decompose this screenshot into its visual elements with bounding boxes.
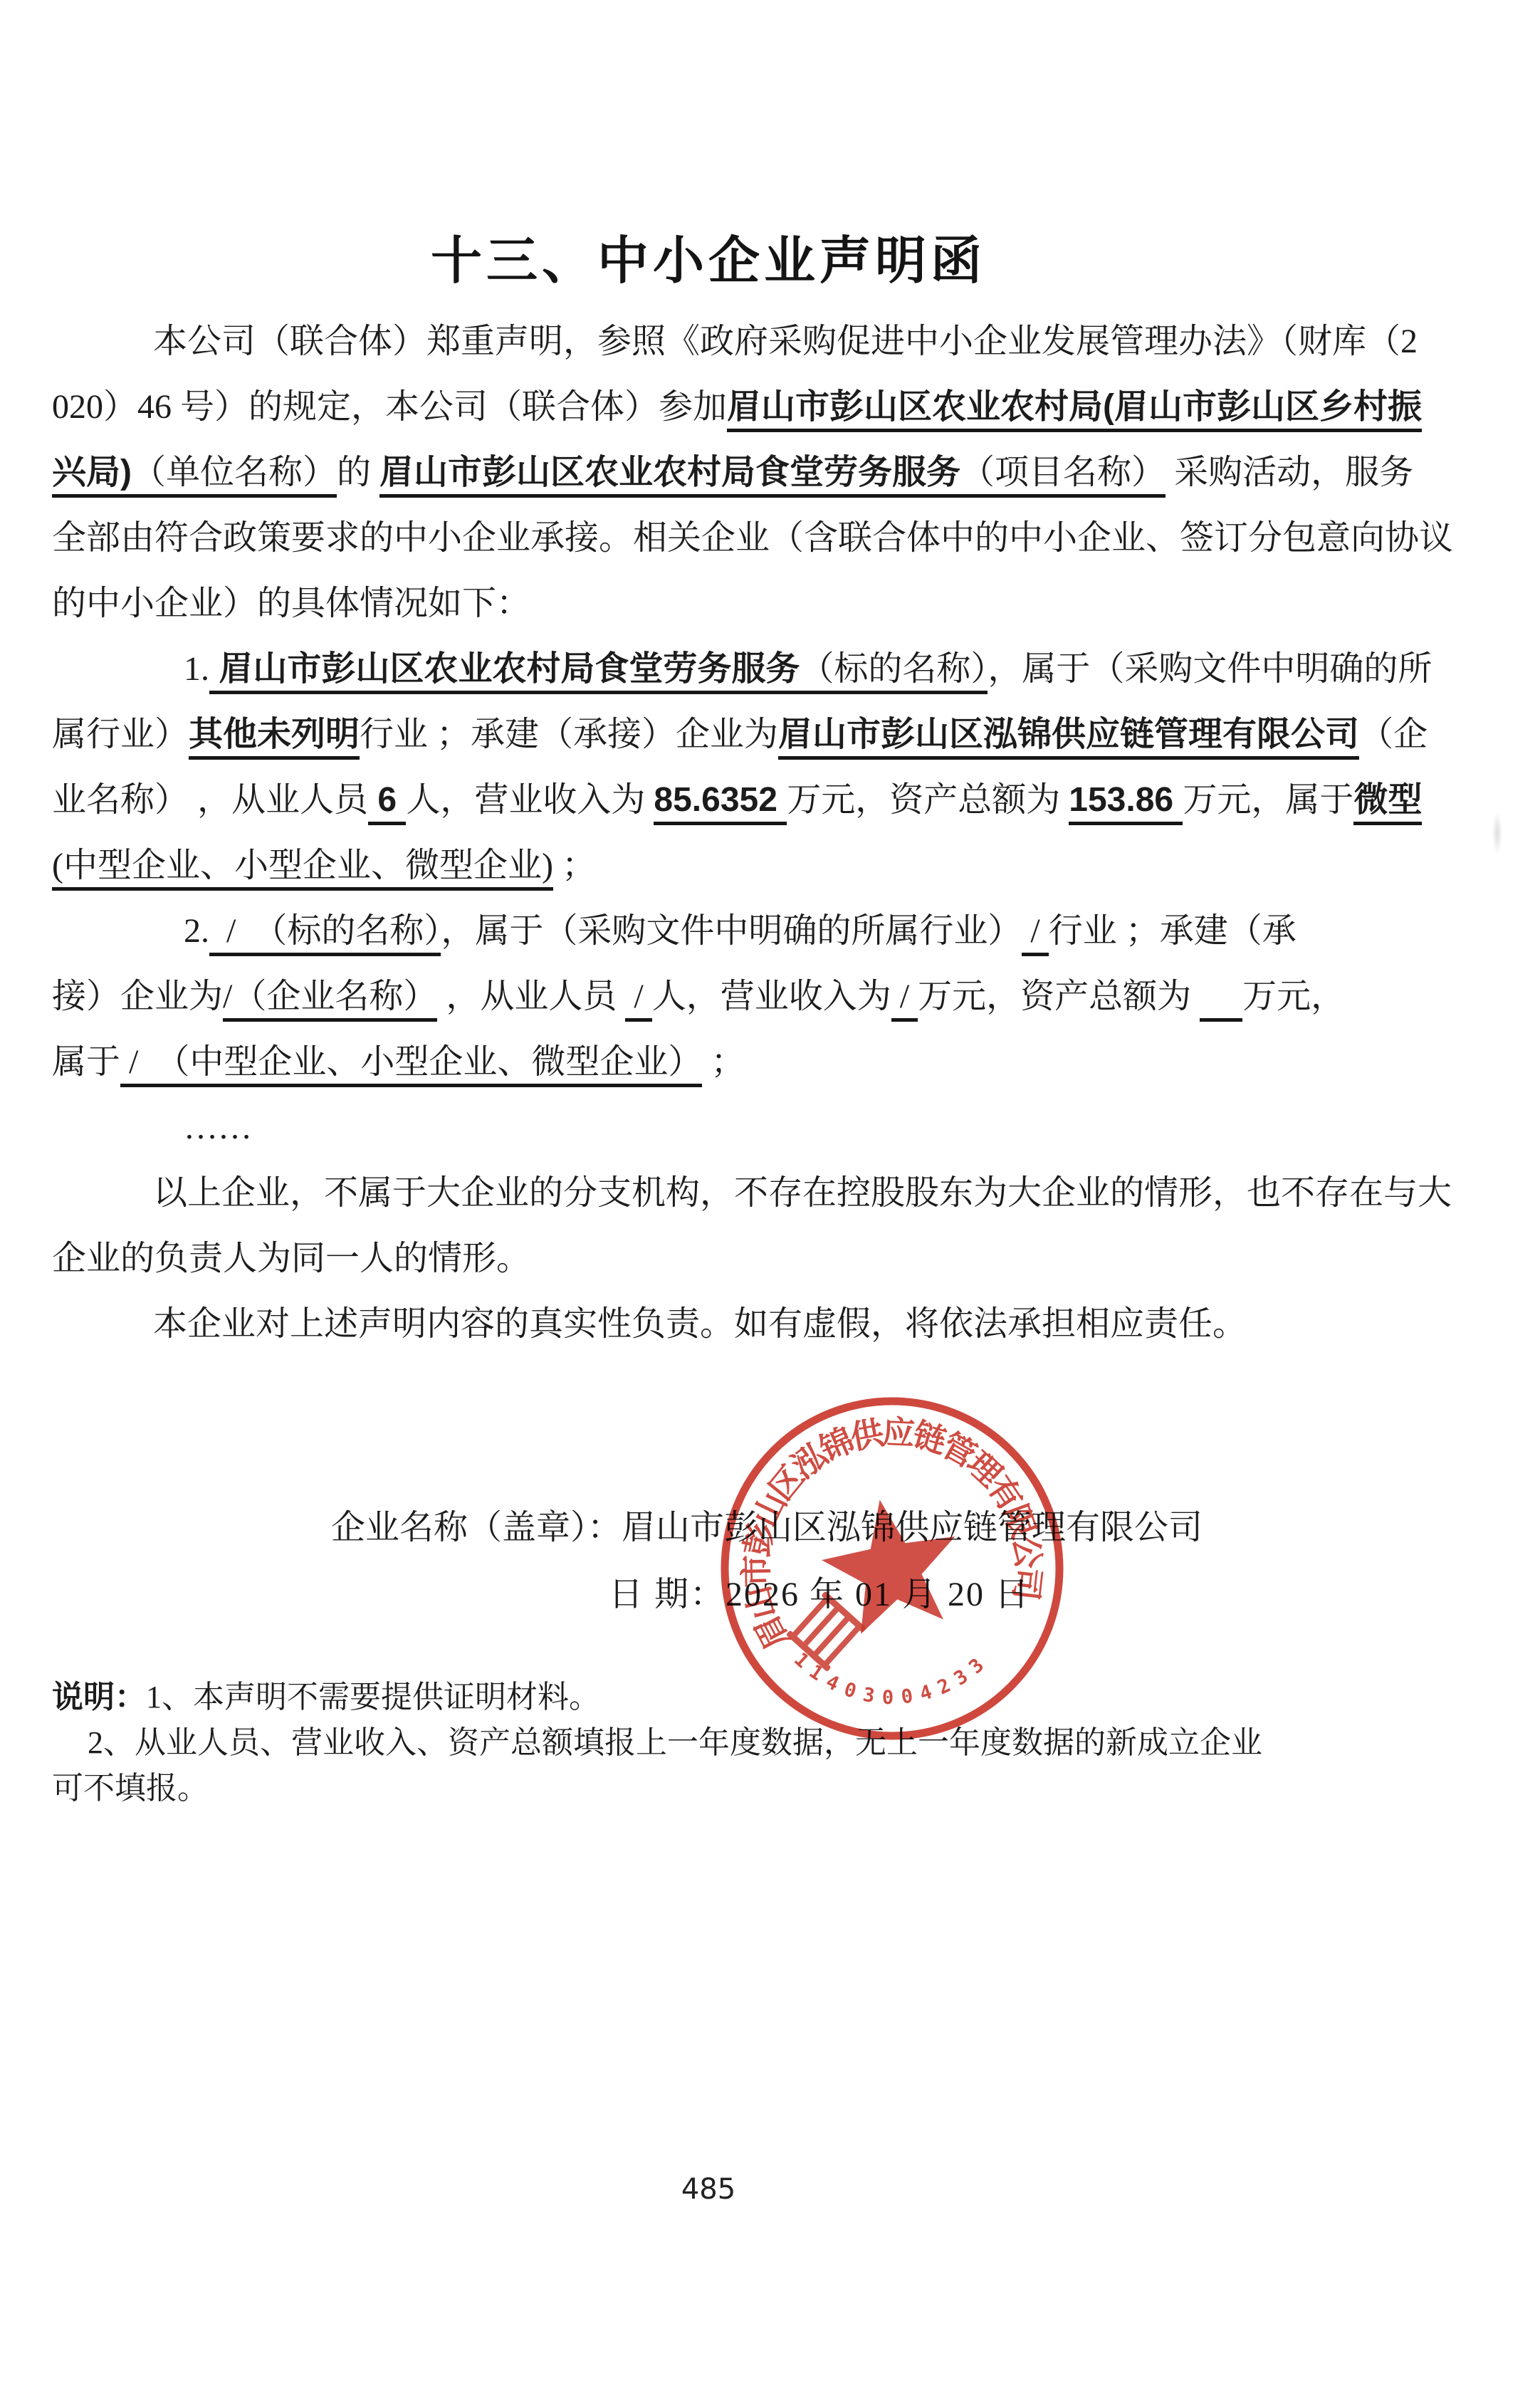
body-text-run: 全部由符合政策要求的中小企业承接。相关企业（含联合体中的中小企业、签订分包意向协…	[52, 519, 1453, 557]
note-text: 2、从业人员、营业收入、资产总额填报上一年度数据，无上一年度数据的新成立企业	[88, 1725, 1262, 1760]
body-text-run: 行业 ；承建（承	[1049, 912, 1297, 950]
page-title: 十三、中小企业声明函	[0, 219, 1417, 293]
body-text-run: ，属于（采购文件中明确的所属行业）	[441, 912, 1022, 950]
body-text-run: 人，营业收入为	[406, 781, 654, 819]
field-caption-subject-name: （标的名称）	[253, 912, 441, 956]
note-text: 1、本声明不需要提供证明材料。	[146, 1680, 600, 1714]
item1-line4: (中型企业、小型企业、微型企业) ；	[52, 833, 1490, 899]
body-text-run: 属行业）	[52, 716, 189, 753]
filled-field-subject-name: 眉山市彭山区农业农村局食堂劳务服务	[209, 650, 800, 694]
body-text-run: 采购活动，服务	[1166, 454, 1413, 491]
body-text-run: 万元，	[1242, 978, 1345, 1015]
item1-number: 1.	[184, 650, 209, 688]
blank-field-employees: /	[625, 978, 651, 1022]
blank-field-assets	[1200, 978, 1242, 1022]
item1-line3: 业名称） ，从业人员 6 人，营业收入为 85.6352 万元，资产总额为 15…	[52, 768, 1490, 833]
filled-field-project-name: 眉山市彭山区农业农村局食堂劳务服务	[379, 454, 960, 498]
filled-field-revenue: 85.6352	[654, 781, 787, 825]
body-text-run: 万元，资产总额为	[918, 978, 1200, 1015]
paragraph1-line1: 本公司（联合体）郑重声明，参照《政府采购促进中小企业发展管理办法》（财库（2	[52, 309, 1490, 375]
document-body: 本公司（联合体）郑重声明，参照《政府采购促进中小企业发展管理办法》（财库（2 0…	[52, 309, 1490, 1357]
item2-line1: 2. / （标的名称），属于（采购文件中明确的所属行业） / 行业 ；承建（承	[52, 899, 1490, 964]
note-text: 可不填报。	[52, 1771, 209, 1806]
declaration-document-page: 十三、中小企业声明函 本公司（联合体）郑重声明，参照《政府采购促进中小企业发展管…	[0, 0, 1540, 2398]
paragraph1-line5: 的中小企业）的具体情况如下：	[52, 571, 1490, 637]
body-text-run: 属于	[52, 1043, 120, 1081]
body-text-run: ；	[702, 1043, 745, 1081]
filled-field-industry: 其他未列明	[189, 716, 360, 760]
blank-field-industry: /	[1022, 912, 1048, 956]
body-text-run: 企业的负责人为同一人的情形。	[52, 1240, 530, 1277]
body-text-run: 接）企业为	[52, 978, 223, 1015]
paragraph2-line1: 以上企业，不属于大企业的分支机构，不存在控股股东为大企业的情形，也不存在与大	[52, 1161, 1490, 1226]
body-text-run: 人，营业收入为	[652, 978, 891, 1015]
body-text-run: 的中小企业）的具体情况如下：	[52, 585, 530, 622]
body-text-run: 行业 ；承建（承接）企业为	[360, 716, 778, 753]
blank-field-subject-name: /	[209, 912, 253, 956]
scan-artifact	[1492, 812, 1502, 854]
paragraph1-line3: 兴局)（单位名称）的 眉山市彭山区农业农村局食堂劳务服务（项目名称） 采购活动，…	[52, 440, 1490, 506]
item2-line3: 属于 / （中型企业、小型企业、微型企业） ；	[52, 1030, 1490, 1095]
paragraph1-line4: 全部由符合政策要求的中小企业承接。相关企业（含联合体中的中小企业、签订分包意向协…	[52, 506, 1490, 571]
body-text-run: ……	[184, 1109, 252, 1146]
company-seal: 眉山市彭山区泓锦供应链管理有限公司 5114030042337	[714, 1391, 1070, 1747]
filled-field-purchaser-name: 眉山市彭山区农业农村局(眉山市彭山区乡村振	[727, 388, 1422, 432]
filled-field-purchaser-name-cont: 兴局)	[52, 454, 132, 498]
ellipsis-line: ……	[52, 1095, 1490, 1161]
item2-number: 2.	[184, 912, 209, 950]
notes-label: 说明：	[52, 1680, 146, 1714]
item1-line2: 属行业）其他未列明行业 ；承建（承接）企业为眉山市彭山区泓锦供应链管理有限公司（…	[52, 702, 1490, 768]
body-text-run: 本公司（联合体）郑重声明，参照《政府采购促进中小企业发展管理办法》（财库（2	[153, 323, 1418, 360]
body-text-run: ，从业人员	[437, 978, 625, 1015]
body-text-run: （企	[1359, 716, 1428, 753]
field-caption-unit-name: （单位名称）	[132, 454, 337, 498]
filled-field-assets: 153.86	[1069, 781, 1183, 825]
body-text-run: 万元，属于	[1183, 781, 1353, 819]
item1-line1: 1. 眉山市彭山区农业农村局食堂劳务服务（标的名称），属于（采购文件中明确的所	[52, 637, 1490, 702]
paragraph2-line2: 企业的负责人为同一人的情形。	[52, 1226, 1490, 1292]
item2-line2: 接）企业为/（企业名称） ，从业人员 / 人，营业收入为 / 万元，资产总额为 …	[52, 964, 1490, 1030]
body-text-run: 020）46 号）的规定，本公司（联合体）参加	[52, 388, 727, 426]
blank-field-enterprise-type: / （中型企业、小型企业、微型企业）	[120, 1043, 702, 1087]
page-number: 485	[651, 2173, 765, 2206]
seal-star-icon	[813, 1488, 969, 1638]
field-caption-subject-name: （标的名称）	[800, 650, 988, 694]
blank-field-contractor-name: /（企业名称）	[223, 978, 437, 1022]
paragraph3-line1: 本企业对上述声明内容的真实性负责。如有虚假，将依法承担相应责任。	[52, 1292, 1490, 1357]
body-text-run: 业名称） ，从业人员	[52, 781, 368, 819]
body-text-run: ；	[553, 847, 596, 884]
paragraph1-line2: 020）46 号）的规定，本公司（联合体）参加眉山市彭山区农业农村局(眉山市彭山…	[52, 375, 1490, 440]
note-line3: 可不填报。	[52, 1766, 1490, 1811]
body-text-run: 以上企业，不属于大企业的分支机构，不存在控股股东为大企业的情形，也不存在与大	[153, 1174, 1452, 1212]
filled-field-contractor-name: 眉山市彭山区泓锦供应链管理有限公司	[778, 716, 1359, 760]
blank-field-revenue: /	[891, 978, 918, 1022]
body-text-run: 的	[337, 454, 379, 491]
body-text-run: ，属于（采购文件中明确的所	[988, 650, 1432, 688]
field-caption-project-name: （项目名称）	[960, 454, 1166, 498]
body-text-run: 本企业对上述声明内容的真实性负责。如有虚假，将依法承担相应责任。	[153, 1305, 1247, 1343]
filled-field-enterprise-type: 微型	[1353, 781, 1422, 825]
body-text-run: 万元，资产总额为	[787, 781, 1069, 819]
field-caption-enterprise-types: (中型企业、小型企业、微型企业)	[52, 847, 553, 891]
filled-field-employees: 6	[368, 781, 406, 825]
